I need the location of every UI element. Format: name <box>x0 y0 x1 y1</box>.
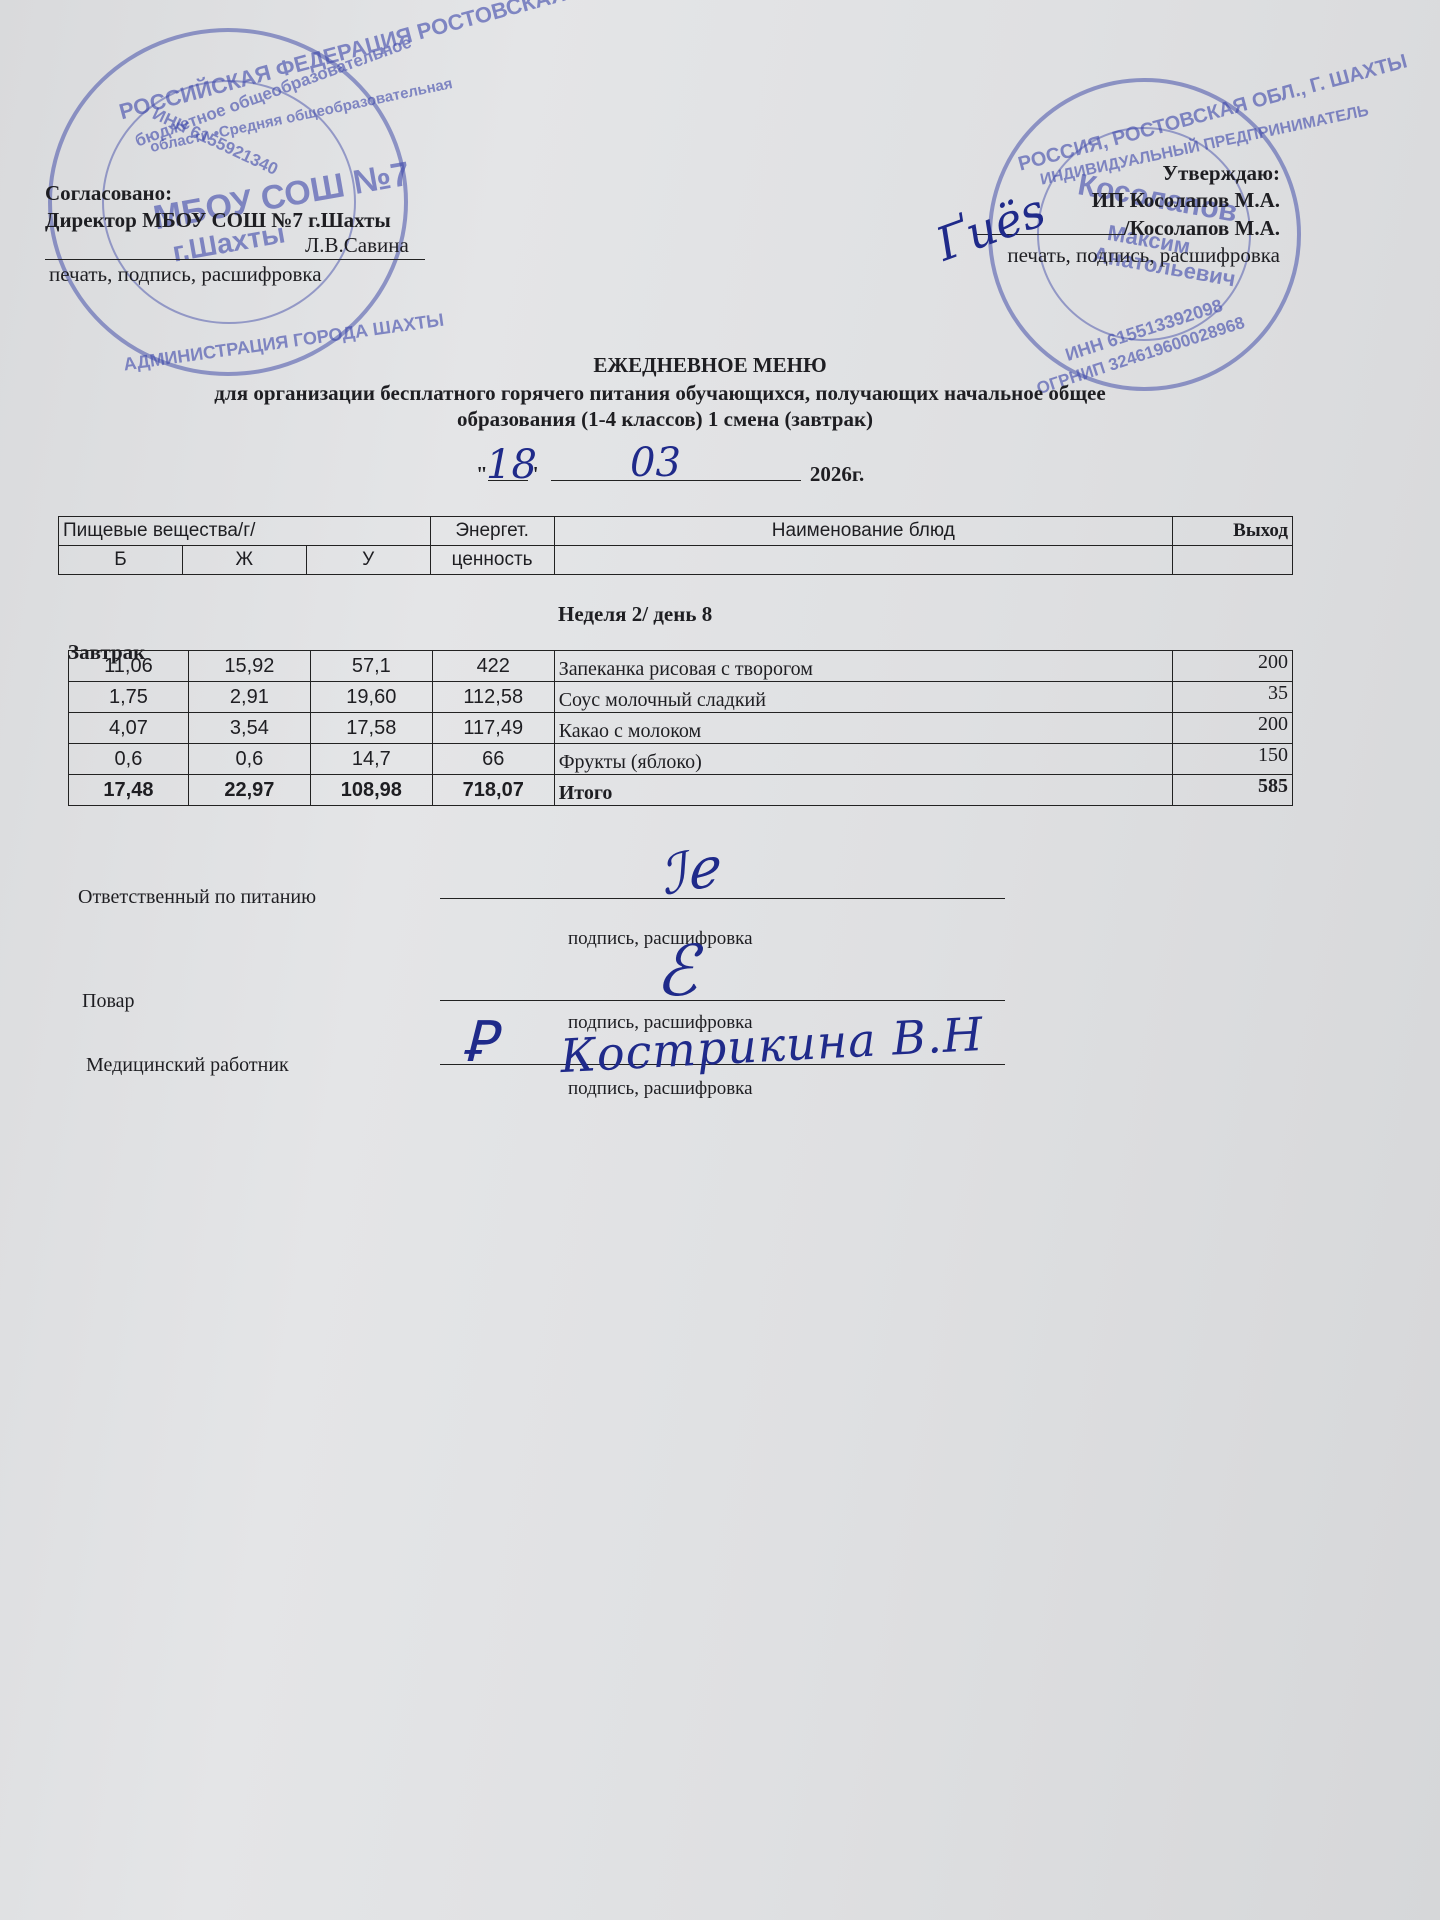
date-year: 2026г. <box>810 462 864 486</box>
header-output: Выход <box>1173 517 1293 546</box>
document-subtitle-line2: образования (1-4 классов) 1 смена (завтр… <box>0 406 1385 432</box>
approval-left-position: Директор МБОУ СОШ №7 г.Шахты <box>45 207 391 234</box>
output-cell: 150 <box>1173 744 1293 775</box>
protein-cell: 4,07 <box>69 713 189 744</box>
approval-right-caption: печать, подпись, расшифровка <box>974 242 1280 269</box>
table-row: 1,752,9119,60112,58Соус молочный сладкий… <box>69 682 1293 713</box>
energy-cell: 422 <box>432 651 554 682</box>
table-row: 11,0615,9257,1422Запеканка рисовая с тво… <box>69 651 1293 682</box>
energy-cell: 718,07 <box>432 775 554 806</box>
total-row: 17,4822,97108,98718,07Итого585 <box>69 775 1293 806</box>
responsible-label: Ответственный по питанию <box>78 886 316 909</box>
energy-cell: 117,49 <box>432 713 554 744</box>
header-fat: Ж <box>182 546 306 575</box>
menu-header-table: Пищевые вещества/г/ Энергет. Наименовани… <box>58 516 1293 575</box>
fat-cell: 3,54 <box>188 713 310 744</box>
dish-name-cell: Соус молочный сладкий <box>554 682 1172 713</box>
medic-caption: подпись, расшифровка <box>568 1078 753 1100</box>
header-energy-bottom: ценность <box>430 546 554 575</box>
cook-signature: ℰ <box>655 930 697 1012</box>
fat-cell: 15,92 <box>188 651 310 682</box>
dish-name-cell: Какао с молоком <box>554 713 1172 744</box>
header-dish-name: Наименование блюд <box>554 517 1172 546</box>
medic-label: Медицинский работник <box>86 1054 289 1077</box>
approval-right-label: Утверждаю: <box>974 160 1280 187</box>
date-month-handwritten: 03 <box>630 440 681 486</box>
approval-left: Согласовано: Директор МБОУ СОШ №7 г.Шахт… <box>45 180 391 288</box>
header-nutrients: Пищевые вещества/г/ <box>59 517 431 546</box>
output-cell: 585 <box>1173 775 1293 806</box>
table-row: 4,073,5417,58117,49Какао с молоком200 <box>69 713 1293 744</box>
fat-cell: 22,97 <box>188 775 310 806</box>
header-carbs: У <box>306 546 430 575</box>
dish-name-cell: Фрукты (яблоко) <box>554 744 1172 775</box>
energy-cell: 112,58 <box>432 682 554 713</box>
date-day-handwritten: 18 <box>486 442 537 488</box>
header-protein: Б <box>59 546 183 575</box>
protein-cell: 1,75 <box>69 682 189 713</box>
approval-left-label: Согласовано: <box>45 180 391 207</box>
energy-cell: 66 <box>432 744 554 775</box>
table-row: 0,60,614,766Фрукты (яблоко)150 <box>69 744 1293 775</box>
output-cell: 200 <box>1173 651 1293 682</box>
output-cell: 200 <box>1173 713 1293 744</box>
protein-cell: 0,6 <box>69 744 189 775</box>
fat-cell: 2,91 <box>188 682 310 713</box>
dish-name-cell: Итого <box>554 775 1172 806</box>
fat-cell: 0,6 <box>188 744 310 775</box>
document-subtitle-line1: для организации бесплатного горячего пит… <box>0 380 1380 406</box>
approval-left-caption: печать, подпись, расшифровка <box>49 261 391 288</box>
carbs-cell: 19,60 <box>310 682 432 713</box>
cook-label: Повар <box>82 990 135 1013</box>
protein-cell: 11,06 <box>69 651 189 682</box>
carbs-cell: 14,7 <box>310 744 432 775</box>
approval-right-name: /Косолапов М.А. <box>1124 216 1280 240</box>
responsible-signature-line <box>440 898 1005 899</box>
carbs-cell: 108,98 <box>310 775 432 806</box>
week-day-label: Неделя 2/ день 8 <box>558 602 712 627</box>
medic-initial-signature: Ꝑ <box>462 1010 496 1075</box>
approval-left-signline: Л.В.Савина <box>45 234 391 261</box>
document-title: ЕЖЕДНЕВНОЕ МЕНЮ <box>0 352 1430 378</box>
dish-name-cell: Запеканка рисовая с творогом <box>554 651 1172 682</box>
header-energy-top: Энергет. <box>430 517 554 546</box>
carbs-cell: 17,58 <box>310 713 432 744</box>
cook-signature-line <box>440 1000 1005 1001</box>
carbs-cell: 57,1 <box>310 651 432 682</box>
approval-left-name: Л.В.Савина <box>305 232 409 259</box>
menu-table: 11,0615,9257,1422Запеканка рисовая с тво… <box>68 650 1293 806</box>
output-cell: 35 <box>1173 682 1293 713</box>
responsible-signature: ℐℯ <box>655 836 722 908</box>
protein-cell: 17,48 <box>69 775 189 806</box>
